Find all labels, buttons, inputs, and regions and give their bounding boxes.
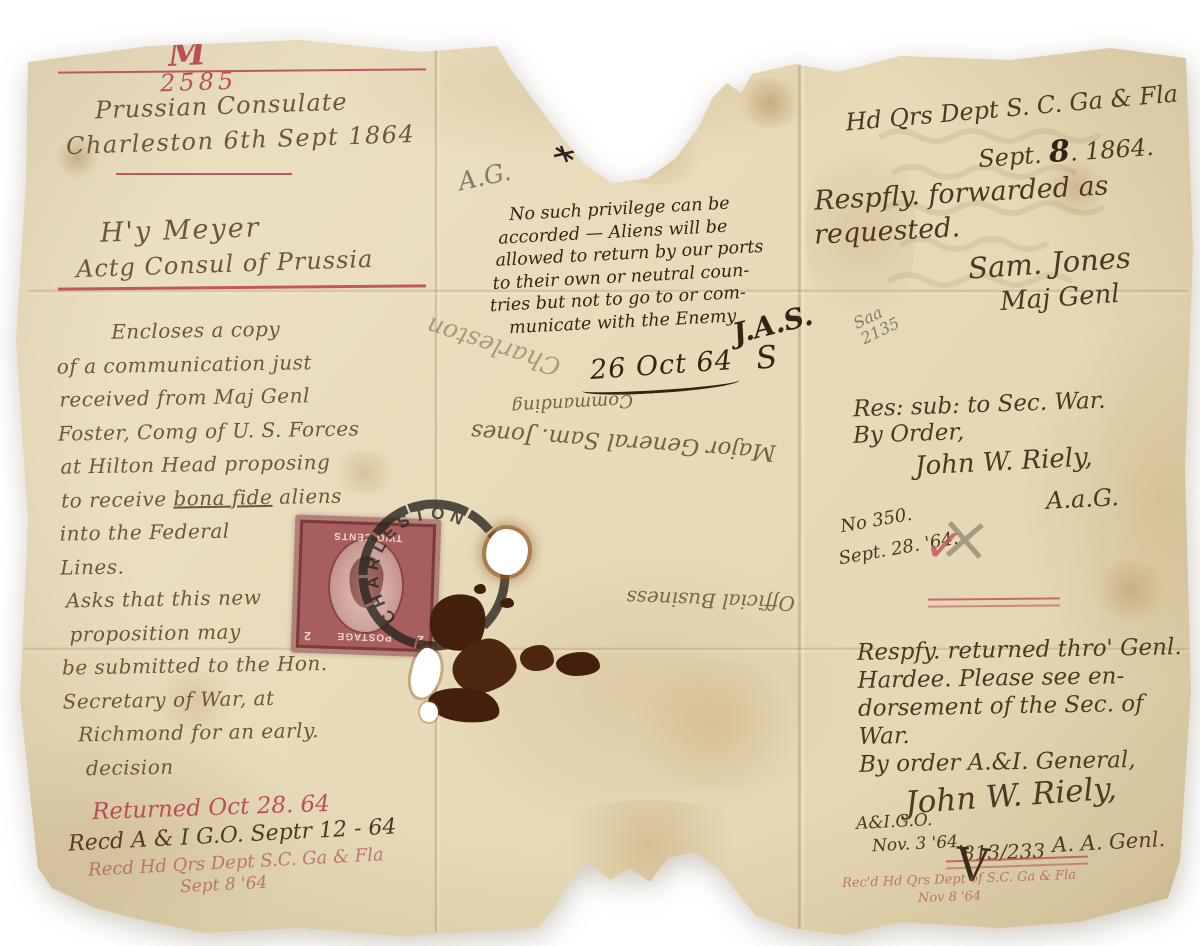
- returned-line: Respfy. returned thro' Genl.: [857, 633, 1182, 667]
- stain-blob: [583, 896, 617, 924]
- foxing-spot: [620, 660, 810, 790]
- secretary-initial: S: [754, 339, 779, 377]
- date-suffix: . 1864.: [1069, 133, 1155, 167]
- office-abbr: A&I.G.O.: [856, 810, 933, 834]
- bona-post: aliens: [272, 483, 342, 508]
- returned-line: dorsement of the Sec. of: [858, 689, 1183, 723]
- secretary-endorsement: No such privilege can be accorded — Alie…: [489, 191, 768, 340]
- returned-endorsement: Respfy. returned thro' Genl. Hardee. Ple…: [857, 633, 1184, 779]
- body-line: of a communication just: [57, 345, 359, 384]
- foxing-spot: [600, 115, 710, 185]
- inverted-commanding: Commanding: [468, 390, 634, 420]
- body-line-bona: to receive bona fide aliens: [61, 479, 361, 518]
- body-line: decision: [86, 747, 366, 785]
- left-heading-line2: Charleston 6th Sept 1864: [66, 120, 416, 160]
- red-check-mark: ✓: [921, 516, 967, 576]
- file-number: No 350.: [839, 504, 914, 537]
- inverted-official: Official Business: [590, 584, 796, 615]
- referral-line2: By Order,: [853, 419, 965, 449]
- fold-crease-vertical-right: [797, 62, 805, 930]
- foxing-spot: [540, 800, 760, 890]
- referral-line1: Res: sub: to Sec. War.: [853, 388, 1106, 423]
- body-line: received from Maj Genl: [59, 378, 359, 417]
- star-mark-icon: [552, 144, 578, 164]
- stain-blob: [556, 652, 600, 676]
- bona-pre: to receive: [61, 486, 174, 512]
- foxing-spot: [1090, 560, 1170, 620]
- body-line: Foster, Comg of U. S. Forces: [58, 412, 360, 451]
- body-line: at Hilton Head proposing: [60, 445, 360, 484]
- received-note-line2: Nov 8 '64: [918, 889, 982, 906]
- stain-blob: [500, 598, 514, 608]
- body-line: Secretary of War, at: [62, 680, 364, 719]
- body-line: Richmond for an early.: [78, 713, 365, 751]
- document-photo: M 2585 Prussian Consulate Charleston 6th…: [0, 0, 1200, 946]
- returned-signer: John W. Riely,: [904, 771, 1118, 822]
- paper-hole: [420, 702, 438, 722]
- paper-hole-punch: [486, 529, 528, 575]
- office-date: Nov. 3 '64.: [872, 832, 964, 857]
- ruled-line-date: [116, 173, 292, 175]
- body-line: Encloses a copy: [111, 311, 358, 349]
- left-heading-line1: Prussian Consulate: [95, 88, 348, 125]
- note-received-hq-date: Sept 8 '64: [180, 873, 268, 898]
- letter-sheet: M 2585 Prussian Consulate Charleston 6th…: [0, 0, 1200, 946]
- referral-rank: A.a.G.: [1045, 483, 1119, 515]
- letter-sheet-wrap: M 2585 Prussian Consulate Charleston 6th…: [0, 0, 1200, 946]
- ruled-line-top: [58, 68, 426, 73]
- stamp-value-left: 2: [304, 629, 311, 643]
- date-prefix: Sept.: [977, 141, 1042, 173]
- returned-line: By order A.&I. General,: [859, 745, 1184, 779]
- bona-underlined: bona fide: [173, 484, 272, 510]
- pencil-initials: A.G.: [456, 157, 514, 196]
- inverted-general: Major General Sam. Jones: [445, 417, 776, 466]
- returned-rank: A. A. Genl.: [1051, 827, 1165, 857]
- referral-signer: John W. Riely,: [914, 442, 1093, 481]
- stain-blob: [520, 645, 554, 671]
- stain-blob: [474, 584, 486, 594]
- fold-crease-vertical-left: [434, 48, 440, 932]
- addressee-line1: H'y Meyer: [100, 212, 262, 249]
- foxing-spot: [735, 78, 805, 128]
- date-day-stamped: 8: [1048, 134, 1071, 170]
- red-double-rule-mid: [928, 597, 1060, 607]
- addressee-line2: Actg Consul of Prussia: [76, 245, 374, 283]
